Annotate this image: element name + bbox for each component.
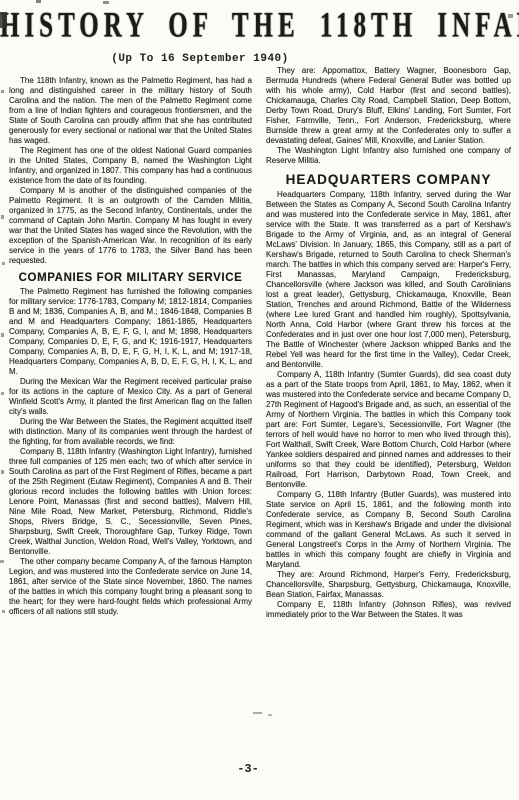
section-heading-companies-for-military-service: COMPANIES FOR MILITARY SERVICE [9,273,252,283]
page-subtitle: (Up To 16 September 1940) [58,53,342,65]
paragraph: Company E, 118th Infantry (Johnson Rifle… [266,600,511,620]
paragraph: They are: Around Richmond, Harper's Ferr… [266,570,511,600]
paragraph: Headquarters Company, 118th Infantry, se… [266,190,511,370]
scan-artifact [253,712,262,714]
paragraph: During the Mexican War the Regiment rece… [9,377,252,417]
paragraph: The Regiment has one of the oldest Natio… [9,146,252,186]
scan-artifact [36,0,41,3]
paragraph: The Palmetto Regiment has furnished the … [9,287,252,377]
paragraph: Company B, 118th Infantry (Washington Li… [9,447,252,557]
scan-artifact [103,1,109,4]
scan-artifact [1,90,4,93]
paragraph: Company M is another of the distinguishe… [9,186,252,266]
scan-artifact [2,262,5,265]
page-title: HISTORY OF THE 118TH INFANTRY [0,6,519,47]
scan-artifact [508,14,513,18]
section-heading-headquarters-company: HEADQUARTERS COMPANY [266,175,511,185]
paragraph: The 118th Infantry, known as the Palmett… [9,76,252,146]
paragraph: Company G, 118th Infantry (Butler Guards… [266,490,511,570]
scan-artifact [0,12,7,28]
paragraph: During the War Between the States, the R… [9,417,252,447]
paragraph: The Washington Light Infantry also furni… [266,146,511,166]
scan-artifact [1,333,4,337]
scan-artifact [1,392,4,395]
paragraph: They are: Appomattox, Battery Wagner, Bo… [266,66,511,146]
scan-artifact [268,714,272,716]
paragraph: The other company became Company A, of t… [9,557,252,617]
scan-artifact [1,470,4,474]
right-column: They are: Appomattox, Battery Wagner, Bo… [266,66,511,620]
scan-artifact [0,560,4,563]
page-number: -3- [208,762,288,776]
scan-artifact [2,610,5,613]
scanned-document-page: HISTORY OF THE 118TH INFANTRY (Up To 16 … [0,0,519,800]
scan-artifact [1,215,4,219]
paragraph: Company A, 118th Infantry (Sumter Guards… [266,370,511,490]
left-column: The 118th Infantry, known as the Palmett… [9,76,252,617]
